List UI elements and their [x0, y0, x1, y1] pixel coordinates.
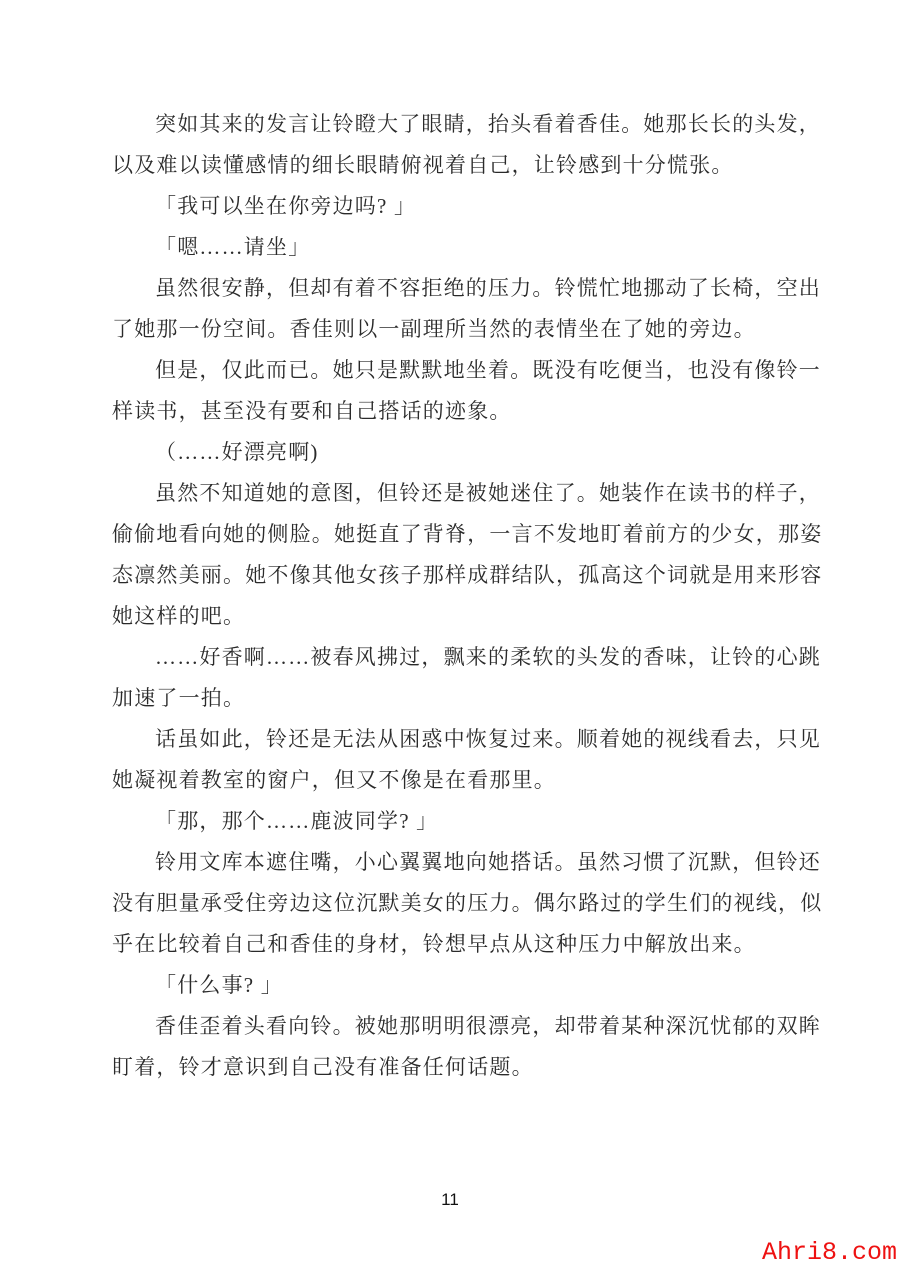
text-line: 乎在比较着自己和香佳的身材，铃想早点从这种压力中解放出来。: [112, 924, 796, 965]
text-line: 「什么事? 」: [112, 965, 796, 1006]
text-line: 她凝视着教室的窗户，但又不像是在看那里。: [112, 760, 796, 801]
text-line: 香佳歪着头看向铃。被她那明明很漂亮，却带着某种深沉忧郁的双眸: [112, 1006, 796, 1047]
text-line: 「那，那个……鹿波同学? 」: [112, 801, 796, 842]
text-line: 虽然很安静，但却有着不容拒绝的压力。铃慌忙地挪动了长椅，空出: [112, 268, 796, 309]
text-line: 突如其来的发言让铃瞪大了眼睛，抬头看着香佳。她那长长的头发，: [112, 104, 796, 145]
novel-page: 突如其来的发言让铃瞪大了眼睛，抬头看着香佳。她那长长的头发，以及难以读懂感情的细…: [0, 0, 900, 1273]
text-line: 样读书，甚至没有要和自己搭话的迹象。: [112, 391, 796, 432]
text-line: 铃用文库本遮住嘴，小心翼翼地向她搭话。虽然习惯了沉默，但铃还: [112, 842, 796, 883]
text-line: 「我可以坐在你旁边吗? 」: [112, 186, 796, 227]
text-line: 盯着，铃才意识到自己没有准备任何话题。: [112, 1047, 796, 1088]
text-line: 以及难以读懂感情的细长眼睛俯视着自己，让铃感到十分慌张。: [112, 145, 796, 186]
text-line: ……好香啊……被春风拂过，飘来的柔软的头发的香味，让铃的心跳: [112, 637, 796, 678]
watermark-text: Ahri8.com: [762, 1238, 897, 1267]
text-line: 「嗯……请坐」: [112, 227, 796, 268]
text-line: 她这样的吧。: [112, 596, 796, 637]
text-line: 虽然不知道她的意图，但铃还是被她迷住了。她装作在读书的样子，: [112, 473, 796, 514]
text-line: （……好漂亮啊): [112, 432, 796, 473]
text-line: 话虽如此，铃还是无法从困惑中恢复过来。顺着她的视线看去，只见: [112, 719, 796, 760]
text-line: 加速了一拍。: [112, 678, 796, 719]
text-line: 了她那一份空间。香佳则以一副理所当然的表情坐在了她的旁边。: [112, 309, 796, 350]
text-line: 没有胆量承受住旁边这位沉默美女的压力。偶尔路过的学生们的视线，似: [112, 883, 796, 924]
text-line: 态凛然美丽。她不像其他女孩子那样成群结队，孤高这个词就是用来形容: [112, 555, 796, 596]
text-line: 但是，仅此而已。她只是默默地坐着。既没有吃便当，也没有像铃一: [112, 350, 796, 391]
text-block: 突如其来的发言让铃瞪大了眼睛，抬头看着香佳。她那长长的头发，以及难以读懂感情的细…: [112, 104, 796, 1088]
page-number: 11: [0, 1190, 900, 1210]
text-line: 偷偷地看向她的侧脸。她挺直了背脊，一言不发地盯着前方的少女，那姿: [112, 514, 796, 555]
